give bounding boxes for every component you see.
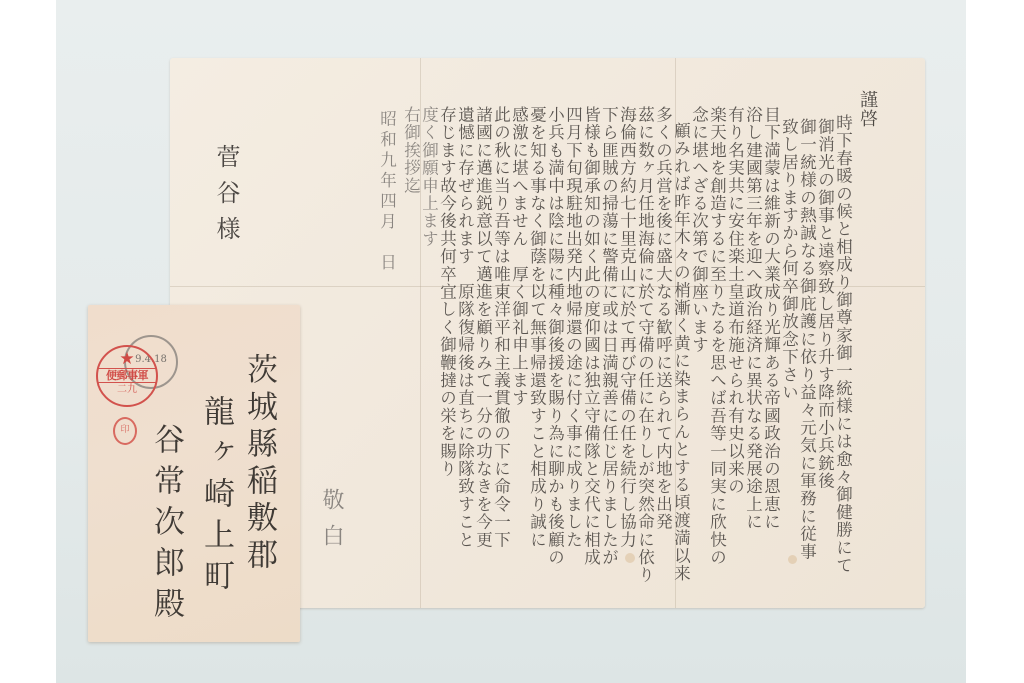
letter-column: 浴し建國第三年を迎へ政治経済に異状なる発展途上に xyxy=(744,106,761,531)
letter-date: 昭和九年四月 日 xyxy=(378,110,395,274)
letter-column: 遺憾に存ぜられます 原隊復帰後は直ちに除隊致すこと xyxy=(456,106,473,549)
letter-column: 下ら匪賊の掃蕩に警備に或は日満親善に任じ居りましたが xyxy=(600,106,617,566)
letter-column: 右御挨拶迄 xyxy=(402,106,419,195)
letter-column: 茲に数ヶ月任地海倫に於て守備の任に在りしが突然命に依り xyxy=(636,106,653,584)
letter-column: 多くの兵営を後に盛大なる歓呼に送られて内地を出発 xyxy=(654,106,671,531)
letter-column: 御一統様の熱誠なる御庇護に依り益々元気に軍務に従事 xyxy=(798,118,815,561)
personal-seal: 印 xyxy=(113,417,137,445)
letter-column: 諸國に邁進鋭意以て邁進を顧りみて一分の功なきを今更 xyxy=(474,106,491,549)
star-icon: ★ xyxy=(98,350,156,368)
envelope-address-prefecture: 茨城縣稲敷郡 xyxy=(243,353,274,575)
letter-column: 目下満蒙は維新の大業成り光輝ある帝國政治の恩恵に xyxy=(762,106,779,531)
letter-column: 度く御願申上ます xyxy=(420,106,437,248)
letter-column: 致し居りますから何卒御放念下さい xyxy=(780,118,797,401)
letter-column: 楽天地を創造するに至りたるを思へば吾等一同実に欣快の xyxy=(708,106,725,566)
letter-column: 感激に堪へません 厚く御礼申上ます xyxy=(510,106,527,407)
letter-column: 此の秋に当り吾等は唯東洋平和主義貫徹の下に命令一下 xyxy=(492,106,509,549)
envelope-address-town: 龍ヶ崎上町 xyxy=(200,395,231,600)
letter-column: 憂を知る事なく御蔭を以て無事帰還致すこと相成り誠に xyxy=(528,106,545,549)
letter-column: 小兵も満中は陰に陽に種々御後援を賜り為に聊かも後顧の xyxy=(546,106,563,566)
letter-closing: 敬白 xyxy=(320,488,342,560)
letter-column: 顧みれば昨年木々の梢漸く黄に染まらんとする頃渡満以来 xyxy=(672,122,689,582)
letter-column: 皆様も御承知の如く此の度仰國は独立守備隊と交代に相成 xyxy=(582,106,599,566)
envelope: 9.4.18 ★ 便郵事軍 二九 印 茨城縣稲敷郡 龍ヶ崎上町 谷常次郎殿 xyxy=(88,305,300,642)
letter-column: 時下春暖の候と相成り御尊家御一統様には愈々御健勝にて xyxy=(834,114,851,574)
military-post-label: 便郵事軍 xyxy=(98,368,156,383)
letter-title: 謹啓 xyxy=(858,90,876,128)
military-post-stamp: ★ 便郵事軍 二九 xyxy=(96,345,158,407)
military-post-number: 二九 xyxy=(98,383,156,396)
paper-stain xyxy=(625,553,635,563)
letter-column: 四月下旬現駐地出発内地帰還の途に付く事に成りました xyxy=(564,106,581,549)
letter-column: 海倫西方約七十里克山に於て再び守備の任を続行し協力 xyxy=(618,106,635,549)
letter-column: 念に堪へざる次第で御座います xyxy=(690,106,707,354)
letter-addressee: 菅谷様 xyxy=(214,144,238,252)
envelope-recipient: 谷常次郎殿 xyxy=(150,423,181,628)
letter-column: 御消光の御事と遠察致し居り升す降而小兵銃後 xyxy=(816,118,833,490)
paper-stain xyxy=(788,555,797,564)
letter-column: 有り名実共に安住楽土皇道布施せられ有史以来の xyxy=(726,106,743,495)
letter-column: 存じます故今後共何卒宜しく御鞭撻の栄を賜り xyxy=(438,106,455,478)
